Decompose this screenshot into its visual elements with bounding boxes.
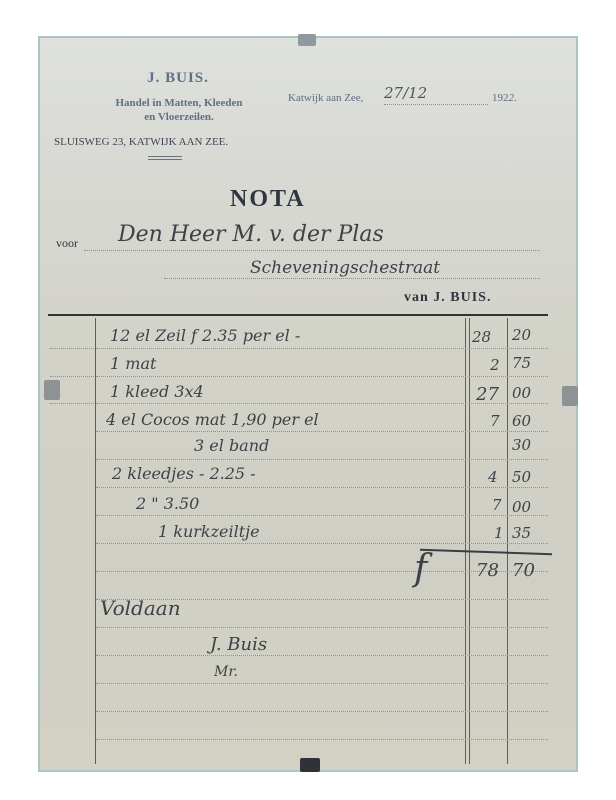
- street-dotted-line: [164, 278, 540, 279]
- frame-clip-top: [298, 34, 316, 46]
- line-item-cents: 60: [512, 412, 531, 430]
- cents-rule: [507, 318, 508, 764]
- line-item-cents: 30: [512, 436, 531, 454]
- ornament-rule: [148, 156, 182, 157]
- frame-clip-bottom: [300, 758, 320, 772]
- frame-clip-right: [562, 386, 578, 406]
- signature: J. Buis: [210, 634, 267, 655]
- frame-clip-left: [44, 380, 60, 400]
- company-trade: Handel in Matten, Kleeden en Vloerzeilen…: [74, 96, 284, 124]
- total-currency: f: [414, 548, 427, 589]
- guilders-rule-left-2: [469, 318, 470, 764]
- line-item-cents: 20: [512, 326, 531, 344]
- line-item-description: 4 el Cocos mat 1,90 per el: [106, 410, 319, 429]
- line-item-guilders: 28: [472, 328, 491, 346]
- line-item-guilders: 27: [476, 384, 499, 405]
- line-item-cents: 50: [512, 468, 531, 486]
- line-item-description: 3 el band: [194, 436, 269, 455]
- signature-initials: Mr.: [214, 664, 238, 680]
- guilders-rule-left: [465, 318, 466, 764]
- line-item-cents: 35: [512, 524, 531, 542]
- header-divider: [48, 314, 548, 316]
- line-item-guilders: 7: [492, 496, 502, 514]
- line-item-guilders: 7: [490, 412, 500, 430]
- paid-note: Voldaan: [100, 596, 181, 620]
- line-item-description: 2 kleedjes - 2.25 -: [112, 464, 256, 483]
- line-item-description: 2 " 3.50: [136, 494, 199, 513]
- total-guilders: 78: [476, 560, 499, 581]
- year-printed: 1922.: [492, 92, 517, 104]
- line-item-cents: 00: [512, 384, 531, 402]
- trade-line-2: en Vloerzeilen.: [74, 110, 284, 124]
- total-cents: 70: [512, 560, 535, 581]
- line-item-guilders: 1: [494, 524, 504, 542]
- company-name: J. BUIS.: [108, 70, 248, 87]
- ornament-rule: [148, 159, 182, 160]
- recipient-label: voor: [56, 236, 78, 251]
- recipient-street: Scheveningschestraat: [250, 258, 440, 278]
- margin-rule: [95, 318, 96, 764]
- recipient-dotted-line: [84, 250, 540, 251]
- company-address: SLUISWEG 23, KATWIJK AAN ZEE.: [54, 136, 228, 148]
- sender-line: van J. BUIS.: [404, 290, 491, 306]
- date-handwritten: 27/12: [384, 84, 427, 102]
- line-item-guilders: 4: [488, 468, 498, 486]
- line-item-guilders: 2: [490, 356, 500, 374]
- line-item-description: 1 kurkzeiltje: [158, 522, 260, 541]
- line-item-cents: 75: [512, 354, 531, 372]
- line-item-cents: 00: [512, 498, 531, 516]
- place-label: Katwijk aan Zee,: [288, 92, 363, 104]
- line-item-description: 1 mat: [110, 354, 156, 373]
- document-title: NOTA: [230, 186, 306, 213]
- date-dotted-line: [384, 104, 488, 105]
- trade-line-1: Handel in Matten, Kleeden: [74, 96, 284, 110]
- line-item-description: 12 el Zeil f 2.35 per el -: [110, 326, 300, 345]
- recipient-name: Den Heer M. v. der Plas: [118, 222, 384, 247]
- line-item-description: 1 kleed 3x4: [110, 382, 204, 401]
